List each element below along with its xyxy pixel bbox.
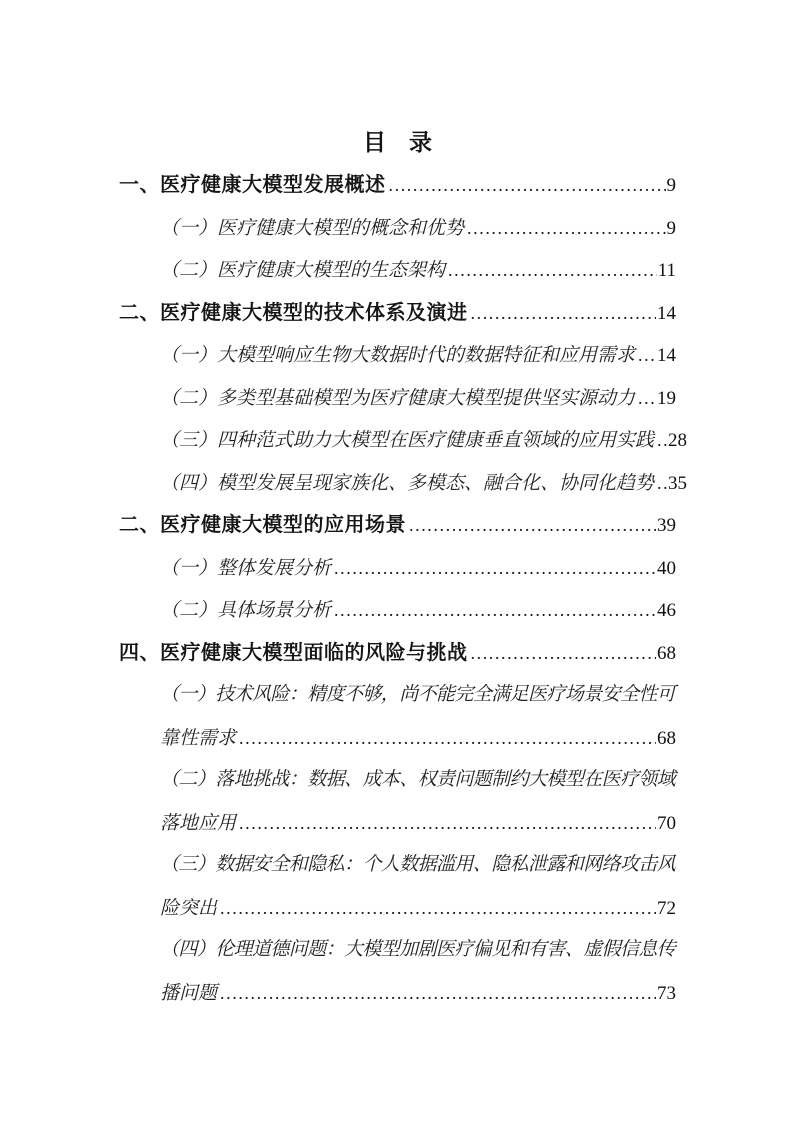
dot-leader xyxy=(471,292,657,335)
toc-entry-text: （二）具体场景分析 xyxy=(160,590,331,633)
toc-page-number: 11 xyxy=(657,250,676,293)
toc-entry-text: （三）四种范式助力大模型在医疗健康垂直领域的应用实践 xyxy=(160,420,654,463)
toc-entry-text: （一）整体发展分析 xyxy=(160,548,331,591)
toc-entry-text: 险突出 xyxy=(160,888,217,931)
toc-section-entry: 播问题73 xyxy=(119,972,676,1015)
toc-section-entry: （一）技术风险：精度不够，尚不能完全满足医疗场景安全性可 xyxy=(119,674,676,717)
dot-leader xyxy=(638,334,656,378)
toc-entry-text: （一）大模型响应生物大数据时代的数据特征和应用需求 xyxy=(160,335,635,378)
toc-entry-text: 四、医疗健康大模型面临的风险与挑战 xyxy=(119,632,468,675)
toc-section-entry: （三）数据安全和隐私：个人数据滥用、隐私泄露和网络攻击风 xyxy=(119,844,676,887)
toc-entry-text: 落地应用 xyxy=(160,803,236,846)
toc-page-number: 9 xyxy=(666,208,677,251)
dot-leader xyxy=(334,589,656,633)
toc-entry-text: （四）模型发展呈现家族化、多模态、融合化、协同化趋势 xyxy=(160,463,654,506)
dot-leader xyxy=(220,972,656,1016)
toc-entry-text: （一）医疗健康大模型的概念和优势 xyxy=(160,208,464,251)
toc-section-entry: （二）多类型基础模型为医疗健康大模型提供坚实源动力19 xyxy=(119,377,676,420)
toc-section-entry: （一）大模型响应生物大数据时代的数据特征和应用需求14 xyxy=(119,334,676,377)
toc-page-number: 19 xyxy=(656,378,676,421)
toc-chapter-entry: 四、医疗健康大模型面临的风险与挑战68 xyxy=(119,632,676,675)
toc-entry-text: 一、医疗健康大模型发展概述 xyxy=(119,164,386,207)
toc-entry-text: （一）技术风险：精度不够，尚不能完全满足医疗场景安全性可 xyxy=(160,674,675,717)
dot-leader xyxy=(471,632,657,675)
toc-section-entry: 靠性需求68 xyxy=(119,717,676,760)
toc-section-entry: （二）具体场景分析46 xyxy=(119,589,676,632)
dot-leader xyxy=(220,887,656,931)
dot-leader xyxy=(409,504,656,547)
toc-section-entry: （四）伦理道德问题：大模型加剧医疗偏见和有害、虚假信息传 xyxy=(119,929,676,972)
toc-section-entry: 落地应用70 xyxy=(119,802,676,845)
toc-page-number: 14 xyxy=(656,335,676,378)
dot-leader xyxy=(389,164,666,207)
toc-page-number: 72 xyxy=(656,888,676,931)
toc-entry-text: 二、医疗健康大模型的应用场景 xyxy=(119,504,406,547)
toc-page-number: 14 xyxy=(656,293,676,336)
toc-chapter-entry: 一、医疗健康大模型发展概述9 xyxy=(119,164,676,207)
dot-leader xyxy=(448,249,657,293)
toc-page-number: 28 xyxy=(667,420,687,463)
toc-section-entry: （四）模型发展呈现家族化、多模态、融合化、协同化趋势35 xyxy=(119,462,676,505)
toc-entry-text: （二）落地挑战：数据、成本、权责问题制约大模型在医疗领域 xyxy=(160,759,675,802)
toc-entry-text: （四）伦理道德问题：大模型加剧医疗偏见和有害、虚假信息传 xyxy=(160,929,675,972)
toc-page-number: 73 xyxy=(656,973,676,1016)
toc-page-number: 9 xyxy=(666,165,677,208)
toc-chapter-entry: 二、医疗健康大模型的技术体系及演进14 xyxy=(119,292,676,335)
toc-page-number: 35 xyxy=(667,463,687,506)
toc-entry-text: 播问题 xyxy=(160,973,217,1016)
table-of-contents: 一、医疗健康大模型发展概述9（一）医疗健康大模型的概念和优势9（二）医疗健康大模… xyxy=(119,164,676,1014)
toc-page-number: 40 xyxy=(656,548,676,591)
toc-page-number: 70 xyxy=(656,803,676,846)
toc-section-entry: （一）医疗健康大模型的概念和优势9 xyxy=(119,207,676,250)
toc-section-entry: （三）四种范式助力大模型在医疗健康垂直领域的应用实践28 xyxy=(119,419,676,462)
toc-entry-text: （三）数据安全和隐私：个人数据滥用、隐私泄露和网络攻击风 xyxy=(160,844,675,887)
toc-section-entry: 险突出72 xyxy=(119,887,676,930)
toc-page-number: 46 xyxy=(656,590,676,633)
toc-section-entry: （二）医疗健康大模型的生态架构11 xyxy=(119,249,676,292)
dot-leader xyxy=(467,207,665,251)
toc-entry-text: （二）多类型基础模型为医疗健康大模型提供坚实源动力 xyxy=(160,378,635,421)
dot-leader xyxy=(334,547,656,591)
dot-leader xyxy=(239,717,656,761)
toc-page-number: 39 xyxy=(656,505,676,548)
toc-page-number: 68 xyxy=(656,633,676,676)
toc-page-number: 68 xyxy=(656,718,676,761)
dot-leader xyxy=(239,802,656,846)
toc-entry-text: 靠性需求 xyxy=(160,718,236,761)
page-title: 目 录 xyxy=(119,126,676,158)
dot-leader xyxy=(657,419,667,463)
toc-entry-text: （二）医疗健康大模型的生态架构 xyxy=(160,250,445,293)
dot-leader xyxy=(657,462,667,506)
document-page: 目 录 一、医疗健康大模型发展概述9（一）医疗健康大模型的概念和优势9（二）医疗… xyxy=(0,0,794,1123)
dot-leader xyxy=(638,377,656,421)
toc-section-entry: （二）落地挑战：数据、成本、权责问题制约大模型在医疗领域 xyxy=(119,759,676,802)
toc-chapter-entry: 二、医疗健康大模型的应用场景39 xyxy=(119,504,676,547)
toc-entry-text: 二、医疗健康大模型的技术体系及演进 xyxy=(119,292,468,335)
toc-section-entry: （一）整体发展分析40 xyxy=(119,547,676,590)
